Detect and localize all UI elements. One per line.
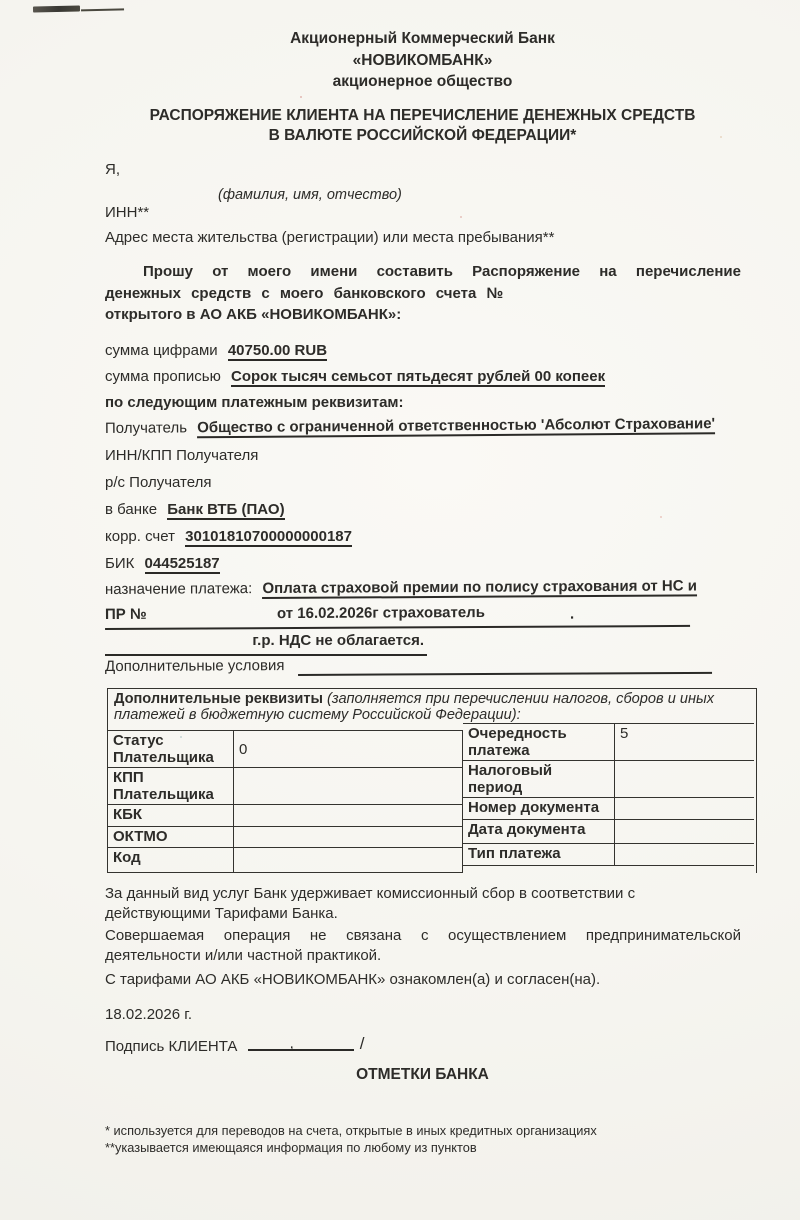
cell-docnumber-label: Номер документа xyxy=(463,798,615,820)
signature-pen-mark: , xyxy=(290,1034,294,1054)
table-row: Номер документа xyxy=(463,798,754,820)
scanned-document-page: Акционерный Коммерческий Банк «НОВИКОМБА… xyxy=(0,0,800,1220)
doc-title-line-1: РАСПОРЯЖЕНИЕ КЛИЕНТА НА ПЕРЕЧИСЛЕНИЕ ДЕН… xyxy=(40,107,800,125)
corr-account-label: корр. счет xyxy=(105,528,175,545)
fio-hint: (фамилия, имя, отчество) xyxy=(218,185,402,205)
payee-label: Получатель xyxy=(105,419,187,437)
corr-account-line: корр. счет 30101810700000000187 xyxy=(105,527,352,547)
tariffs-line: С тарифами АО АКБ «НОВИКОМБАНК» ознакомл… xyxy=(105,970,600,990)
cell-kbk-label: КБК xyxy=(108,805,234,827)
fee-note-line-2: действующими Тарифами Банка. xyxy=(105,904,338,924)
address-line: Адрес места жительства (регистрации) или… xyxy=(105,228,554,248)
footnote-1: * используется для переводов на счета, о… xyxy=(105,1122,597,1139)
payee-line: Получатель Общество с ограниченной ответ… xyxy=(105,414,715,439)
amount-words-line: сумма прописью Сорок тысяч семьсот пятьд… xyxy=(105,367,605,387)
cell-docnumber-value xyxy=(615,798,755,820)
bank-name-line-1: Акционерный Коммерческий Банк xyxy=(40,30,800,48)
purpose-ndc-text: г.р. НДС не облагается. xyxy=(252,632,427,649)
table-row: КПП Плательщика xyxy=(108,768,463,805)
cell-paytype-label: Тип платежа xyxy=(463,844,615,866)
cell-kpp-label: КПП Плательщика xyxy=(108,768,234,805)
cell-taxperiod-label: Налоговый период xyxy=(463,761,615,798)
amount-digits-label: сумма цифрами xyxy=(105,342,218,359)
signature-label: Подпись КЛИЕНТА xyxy=(105,1038,237,1055)
cell-docdate-value xyxy=(615,820,755,844)
entrepreneur-note-line-1: Совершаемая операция не связана с осущес… xyxy=(105,926,741,946)
amount-digits-line: сумма цифрами 40750.00 RUB xyxy=(105,341,327,361)
extra-conditions-line: Дополнительные условия xyxy=(105,652,712,677)
cell-paytype-value xyxy=(615,844,755,866)
scan-artifact-mark xyxy=(33,5,80,12)
additional-requisites-table: Дополнительные реквизиты (заполняется пр… xyxy=(107,688,757,873)
table-header: Дополнительные реквизиты (заполняется пр… xyxy=(108,689,756,723)
table-row: Дата документа xyxy=(463,820,754,844)
cell-status-value: 0 xyxy=(234,731,463,768)
bik-value: 044525187 xyxy=(145,555,220,574)
purpose-continuation-line: ПР № от 16.02.2026г страхователь . xyxy=(105,603,690,630)
cell-order-label: Очередность платежа xyxy=(463,724,615,761)
extra-conditions-label: Дополнительные условия xyxy=(105,656,285,677)
cell-kod-label: Код xyxy=(108,848,234,873)
entrepreneur-note-line-2: деятельности и/или частной практикой. xyxy=(105,946,381,966)
client-i-line: Я, xyxy=(105,160,120,180)
doc-title-line-2: В ВАЛЮТЕ РОССИЙСКОЙ ФЕДЕРАЦИИ* xyxy=(40,127,800,145)
amount-words-value: Сорок тысяч семьсот пятьдесят рублей 00 … xyxy=(231,368,605,387)
table-header-title: Дополнительные реквизиты xyxy=(114,691,323,707)
purpose-ndc-line: г.р. НДС не облагается. xyxy=(105,632,427,656)
extra-conditions-blank-rule xyxy=(298,656,712,676)
request-line-3: открытого в АО АКБ «НОВИКОМБАНК»: xyxy=(105,305,401,325)
purpose-label: назначение платежа: xyxy=(105,580,252,598)
signature-line: Подпись КЛИЕНТА , / xyxy=(105,1035,364,1057)
cell-order-value: 5 xyxy=(615,724,755,761)
cell-taxperiod-value xyxy=(615,761,755,798)
footnote-2: **указывается имеющаяся информация по лю… xyxy=(105,1139,477,1156)
bik-line: БИК 044525187 xyxy=(105,554,220,574)
table-row: Налоговый период xyxy=(463,761,754,798)
requisites-heading: по следующим платежным реквизитам: xyxy=(105,393,404,413)
bank-line: в банке Банк ВТБ (ПАО) xyxy=(105,500,285,520)
table-body: Статус Плательщика 0 КПП Плательщика КБК… xyxy=(108,723,756,873)
cell-kpp-value xyxy=(234,768,463,805)
cell-oktmo-value xyxy=(234,827,463,848)
table-right-columns: Очередность платежа 5 Налоговый период Н… xyxy=(463,723,754,866)
scan-noise xyxy=(300,96,302,98)
account-line: р/с Получателя xyxy=(105,473,211,493)
purpose-value: Оплата страховой премии по полису страхо… xyxy=(262,577,697,599)
inn-line: ИНН** xyxy=(105,203,149,223)
table-row: КБК xyxy=(108,805,463,827)
purpose-pr-label: ПР № xyxy=(105,606,147,623)
cell-status-label: Статус Плательщика xyxy=(108,731,234,768)
signature-blank-rule: , xyxy=(248,1035,354,1051)
purpose-date-insured: от 16.02.2026г страхователь xyxy=(277,604,485,622)
purpose-pen-dot: . xyxy=(570,606,574,623)
corr-account-value: 30101810700000000187 xyxy=(185,528,352,547)
cell-kod-value xyxy=(234,848,463,873)
request-line-2: денежных средств с моего банковского сче… xyxy=(105,284,503,304)
table-row: Очередность платежа 5 xyxy=(463,724,754,761)
bank-label: в банке xyxy=(105,501,157,518)
table-row: ОКТМО xyxy=(108,827,463,848)
fee-note-line-1: За данный вид услуг Банк удерживает коми… xyxy=(105,884,635,904)
table-row: Код xyxy=(108,848,463,873)
cell-kbk-value xyxy=(234,805,463,827)
table-row: Тип платежа xyxy=(463,844,754,866)
payee-value: Общество с ограниченной ответственностью… xyxy=(197,415,715,438)
amount-digits-value: 40750.00 RUB xyxy=(228,342,327,361)
request-line-1: Прошу от моего имени составить Распоряже… xyxy=(105,262,741,282)
bank-name-line-2: «НОВИКОМБАНК» xyxy=(40,52,800,70)
table-row: Статус Плательщика 0 xyxy=(108,731,463,768)
table-left-columns: Статус Плательщика 0 КПП Плательщика КБК… xyxy=(108,730,463,873)
bank-value: Банк ВТБ (ПАО) xyxy=(167,501,284,520)
inn-kpp-line: ИНН/КПП Получателя xyxy=(105,446,258,466)
purpose-line: назначение платежа: Оплата страховой пре… xyxy=(105,576,697,600)
bik-label: БИК xyxy=(105,555,134,572)
cell-docdate-label: Дата документа xyxy=(463,820,615,844)
amount-words-label: сумма прописью xyxy=(105,368,221,385)
cell-oktmo-label: ОКТМО xyxy=(108,827,234,848)
date-line: 18.02.2026 г. xyxy=(105,1005,192,1025)
bank-name-line-3: акционерное общество xyxy=(40,73,800,91)
bank-marks-heading: ОТМЕТКИ БАНКА xyxy=(40,1066,800,1084)
signature-slash: / xyxy=(360,1034,365,1053)
